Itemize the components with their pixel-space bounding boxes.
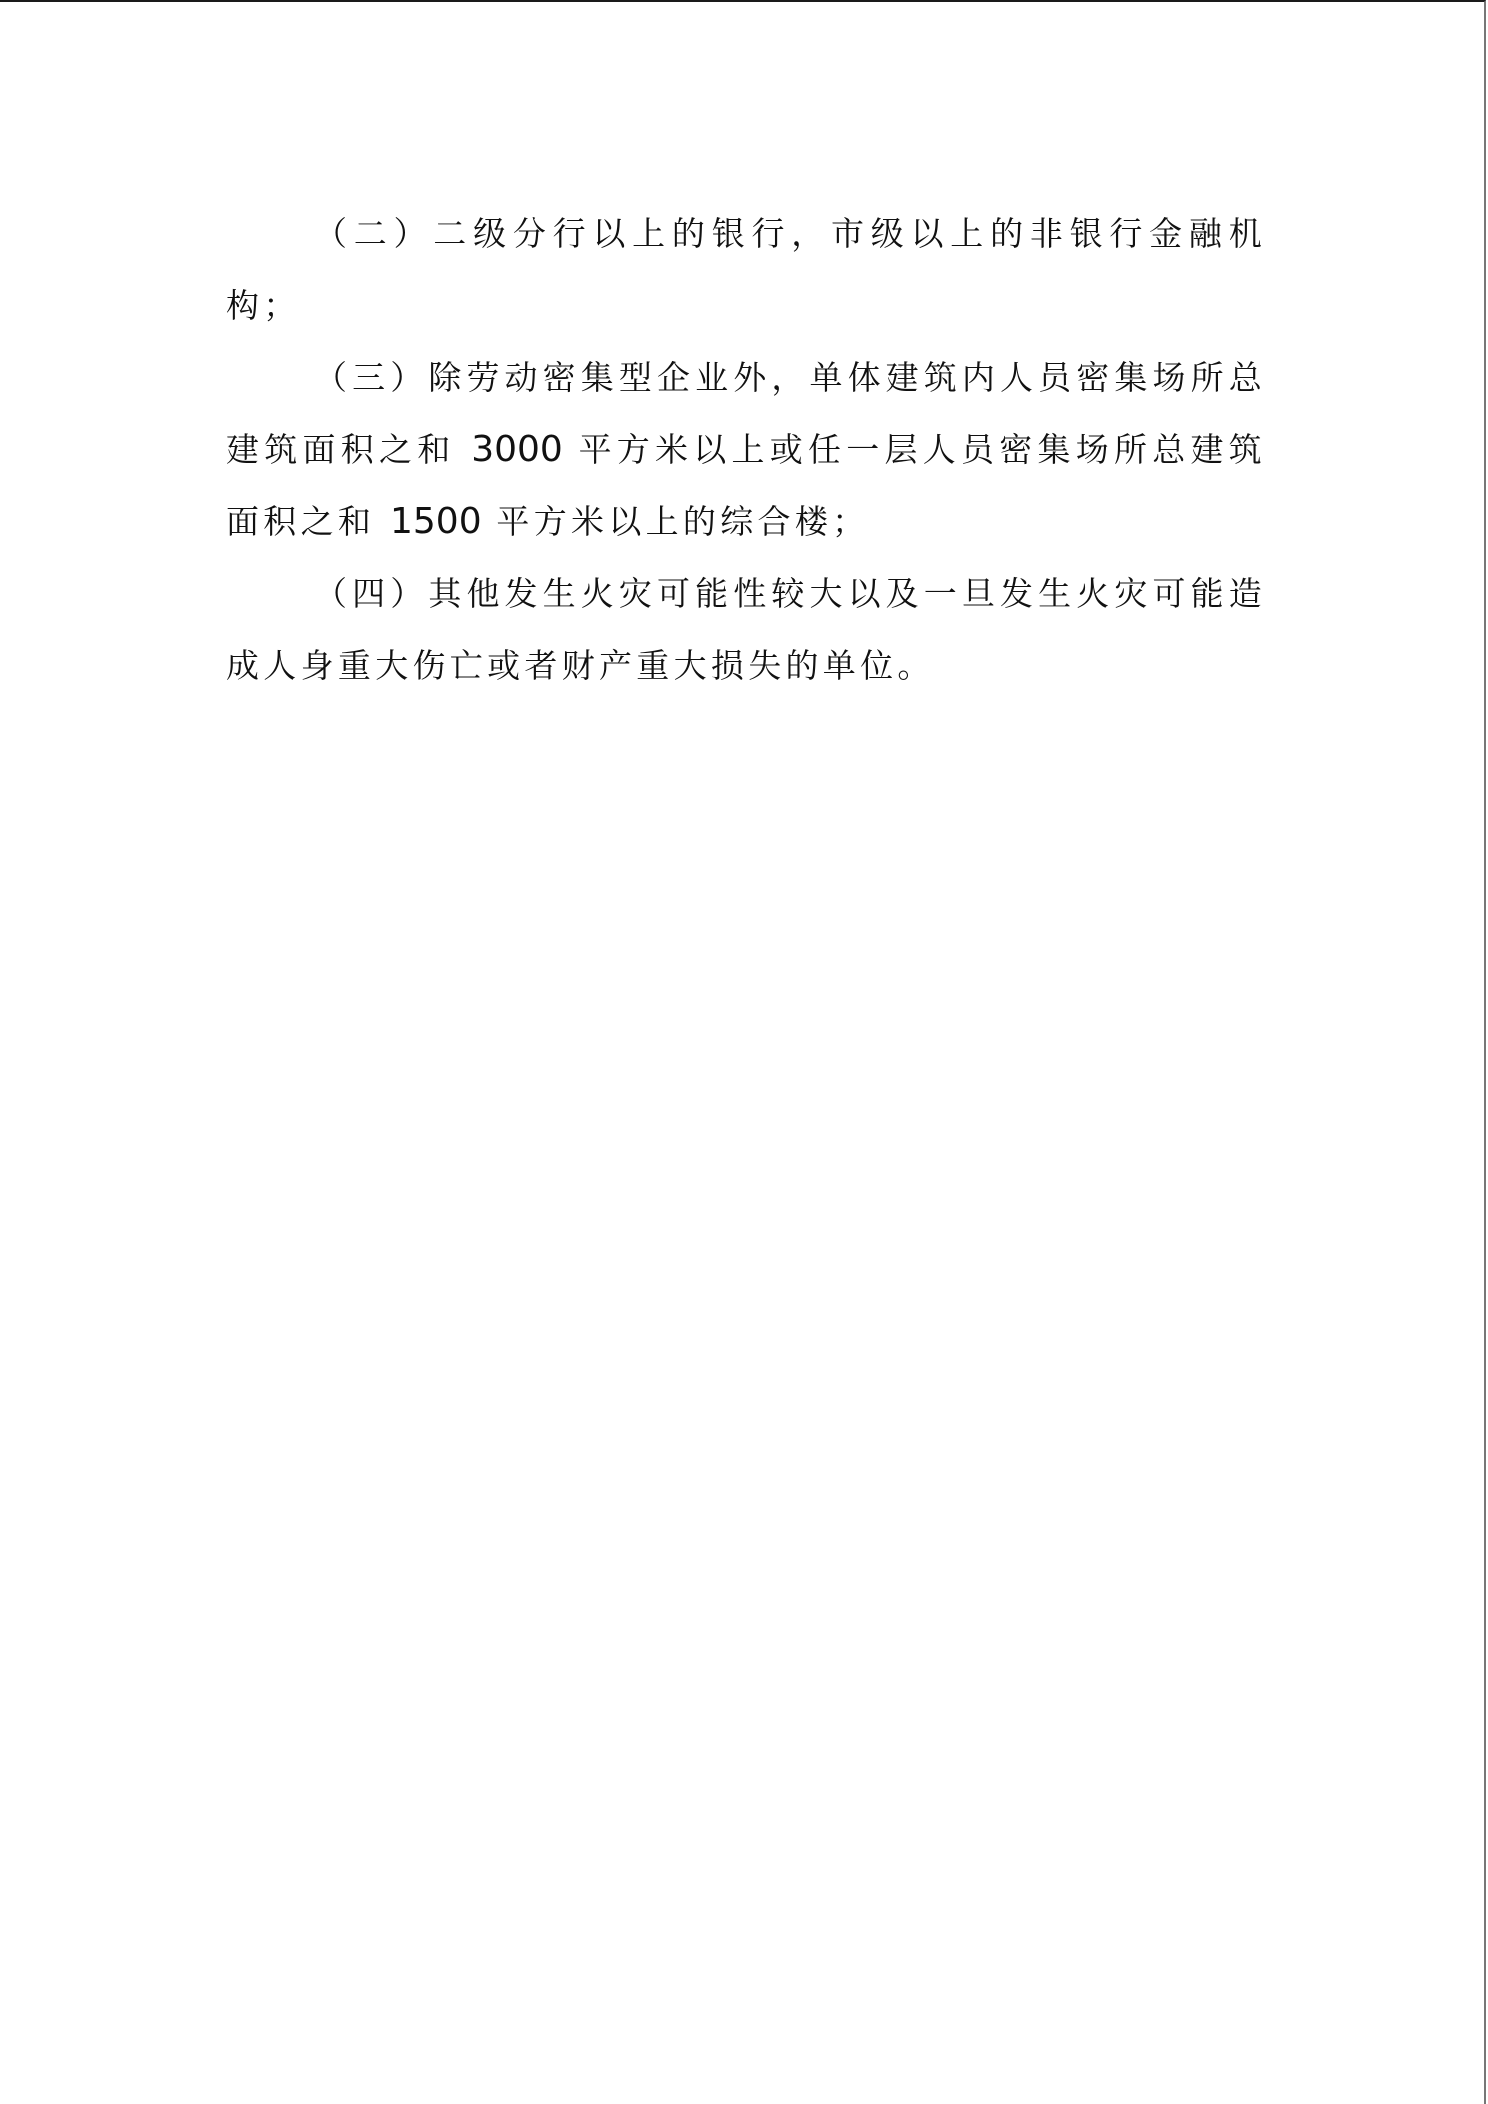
paragraph-item-4: （四）其他发生火灾可能性较大以及一旦发生火灾可能造成人身重大伤亡或者财产重大损失…	[226, 558, 1266, 702]
area-value-1500: 1500	[390, 501, 482, 542]
area-value-3000: 3000	[471, 429, 563, 470]
paragraph-item-3: （三）除劳动密集型企业外，单体建筑内人员密集场所总建筑面积之和 3000 平方米…	[226, 342, 1266, 558]
paragraph-item-2: （二）二级分行以上的银行，市级以上的非银行金融机构；	[226, 198, 1266, 342]
paragraph-item-3-text-c: 平方米以上的综合楼；	[496, 502, 869, 541]
document-page: （二）二级分行以上的银行，市级以上的非银行金融机构； （三）除劳动密集型企业外，…	[0, 0, 1486, 2104]
document-body: （二）二级分行以上的银行，市级以上的非银行金融机构； （三）除劳动密集型企业外，…	[226, 198, 1266, 702]
